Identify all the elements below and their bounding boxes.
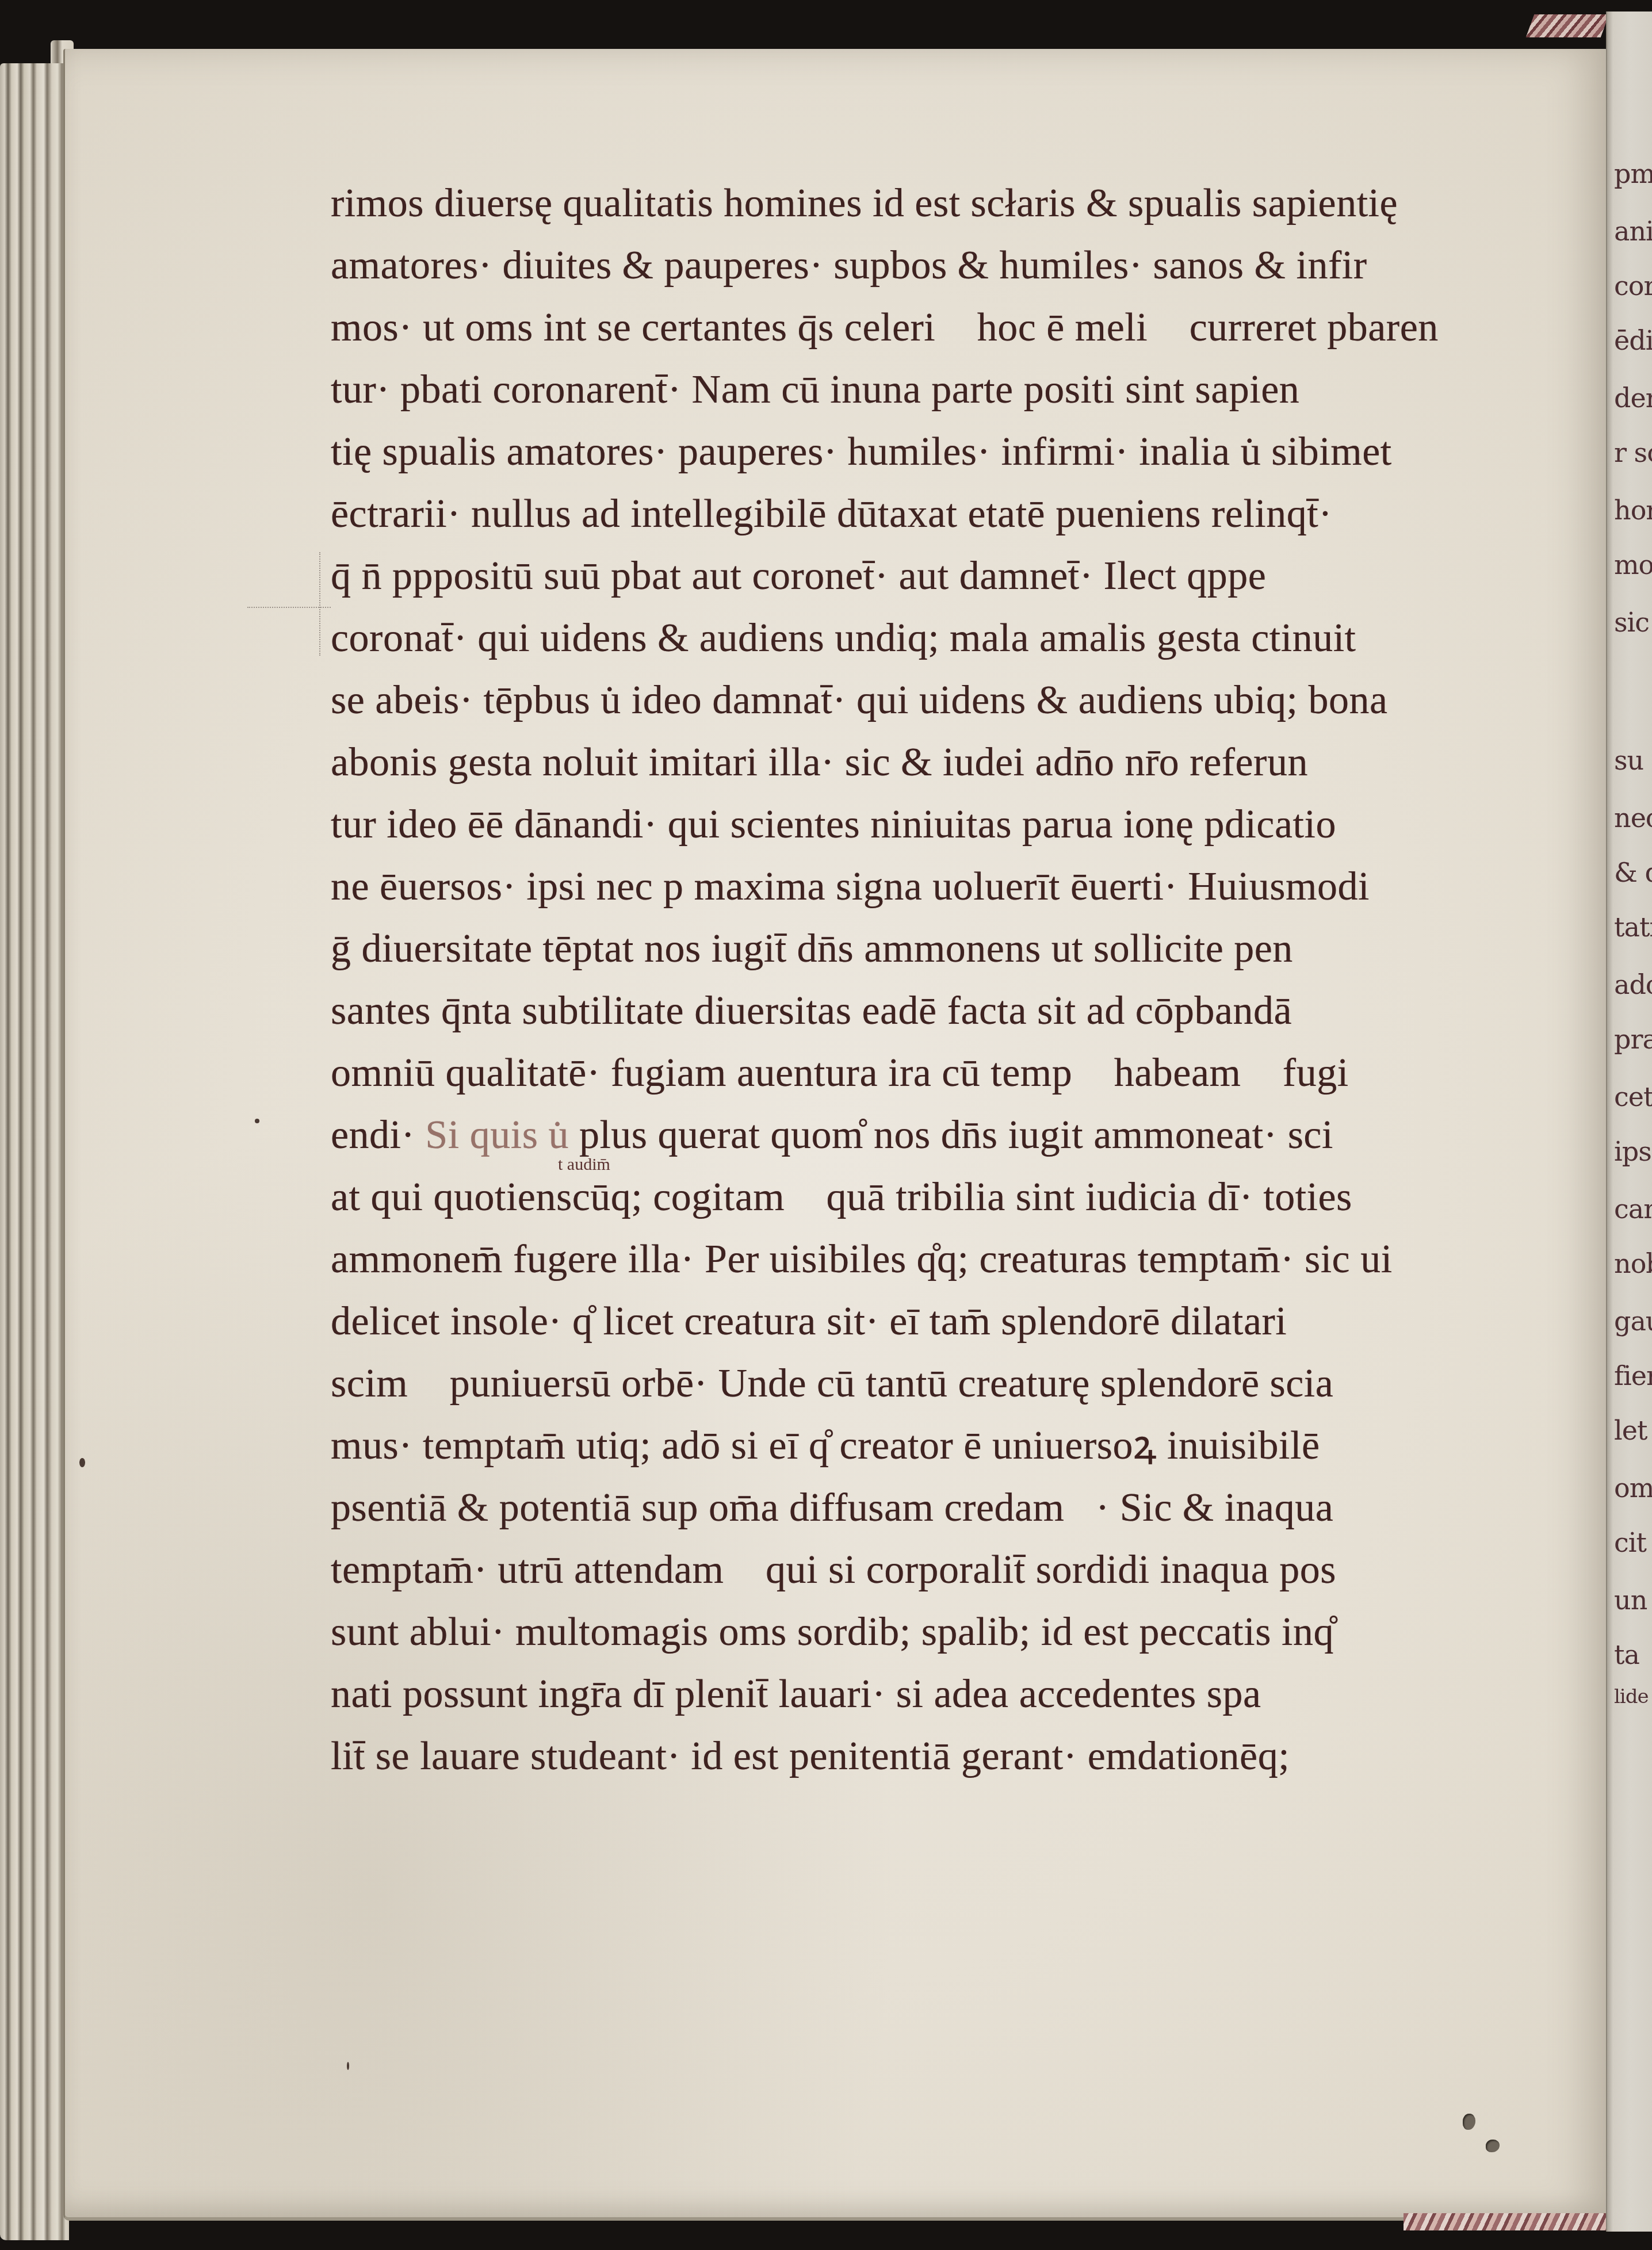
text-line: scim᷑ puniuersū orbē· Unde cū tantū crea… [331,1353,1573,1415]
facing-page-fragment: mone [1614,549,1652,580]
facing-page-fragment: un [1614,1585,1647,1616]
text-line: mus· temptam̄ utiq; adō si eī q̊ creator… [331,1415,1573,1477]
text-line: tur ideo ēē dānandi· qui scientes niniui… [331,794,1573,856]
text-line: sunt ablui· multomagis oms sordib; spali… [331,1601,1573,1663]
text-line: omniū qualitatē· fugiam auentura ira cū … [331,1042,1573,1104]
text-line: ḡ diuersitate tēptat nos iugit̄ dn̄s amm… [331,918,1573,980]
text-line: lit̄ se lauare studeant· id est penitent… [331,1725,1573,1788]
facing-page-fragment: tati; [1614,912,1652,943]
text-line: nati possunt ingr̄a dī plenit̄ lauari· s… [331,1663,1573,1725]
facing-page-fragment: sic col [1614,607,1652,638]
facing-page-fragment: pra t [1614,1024,1652,1055]
facing-page-fragment: nec ē [1614,802,1652,833]
ink-speck [79,1458,85,1467]
text-line: rimos diuersę qualitatis homines id est … [331,173,1573,235]
headband-top [1526,14,1609,37]
text-line: santes q̄nta subtilitate diuersitas eadē… [331,980,1573,1042]
text-line: delicet insole· q̊ licet creatura sit· e… [331,1291,1573,1353]
interlinear-gloss: t audim̄ [558,1155,610,1174]
text-line: tię spualis amatores· pauperes· humiles·… [331,421,1573,483]
text-line: ne ēuersos· ipsi nec p maxima signa uolu… [331,856,1573,918]
facing-page-fragment: lide [1614,1685,1649,1708]
facing-page-fragment: homi [1614,495,1652,526]
wormhole [1486,2140,1500,2152]
text-line: at qui quotienscūq; cogitam᷑ quā tribili… [331,1166,1573,1229]
text-line: coronat̄· qui uidens & audiens undiq; ma… [331,607,1573,669]
rubricated-text: Si quis u̇ [425,1113,569,1157]
facing-page-fragment: ta [1614,1639,1639,1670]
ruling-cross-mark [247,607,331,608]
manuscript-photograph: rimos diuersę qualitatis homines id est … [0,0,1652,2250]
facing-page-fragment: cam [1614,1193,1652,1225]
facing-page-fragment: fier [1614,1360,1652,1391]
text-line: temptam̄· utrū attendam᷑ qui si corporal… [331,1539,1573,1601]
text-line: q̄ n̄ pppositū suū pbat aut coronet̄· au… [331,545,1573,607]
facing-page-fragment: cit [1614,1527,1646,1558]
text-line: endi· Si quis u̇ plus querat quom̊ nos d… [331,1104,1573,1166]
facing-page-fragment: dere u [1614,382,1652,414]
facing-page-fragment: ipse [1614,1136,1652,1167]
text-line: abonis gesta noluit imitari illa· sic & … [331,732,1573,794]
facing-page-fragment: ceter [1614,1081,1652,1112]
text-line: se abeis· tēpbus u̇ ideo damnat̄· qui ui… [331,669,1573,732]
facing-page-fragment: nob [1614,1248,1652,1279]
facing-page-fragment: ēdign [1614,325,1652,356]
ink-speck [255,1119,259,1123]
facing-page-fragment: su ap [1614,745,1652,776]
text-line: tur· pbati coronarent̄· Nam cū inuna par… [331,359,1573,421]
wormhole [1463,2114,1475,2130]
text-line: amatores· diuites & pauperes· supbos & h… [331,235,1573,297]
facing-page-fragment: r sol [1614,437,1652,468]
text-line: ammonem̄ fugere illa· Per uisibiles q̊q;… [331,1229,1573,1291]
facing-page-fragment: coradi [1614,270,1652,301]
facing-page-fragment: pmitt [1614,158,1652,189]
facing-page-fragment: anima [1614,216,1652,247]
facing-page-fragment: let [1614,1415,1647,1446]
text-line: mos· ut oms int se certantes q̄s celeri᷑… [331,297,1573,359]
facing-page-fragment: om [1614,1472,1652,1503]
stacked-leaf-edges [0,63,69,2240]
ink-speck [347,2062,349,2070]
text-line: psentiā & potentiā sup om̄a diffusam cre… [331,1477,1573,1539]
facing-page-fragment: gau [1614,1306,1652,1337]
facing-page-edge: pmitt anima coradi ēdign dere u r sol ho… [1606,12,1652,2232]
ruling-cross-mark [319,552,320,656]
facing-page-fragment: ado [1614,969,1652,1000]
facing-page-fragment: & dis [1614,857,1652,888]
text-line: ēctrarii· nullus ad intellegibilē dūtaxa… [331,483,1573,545]
